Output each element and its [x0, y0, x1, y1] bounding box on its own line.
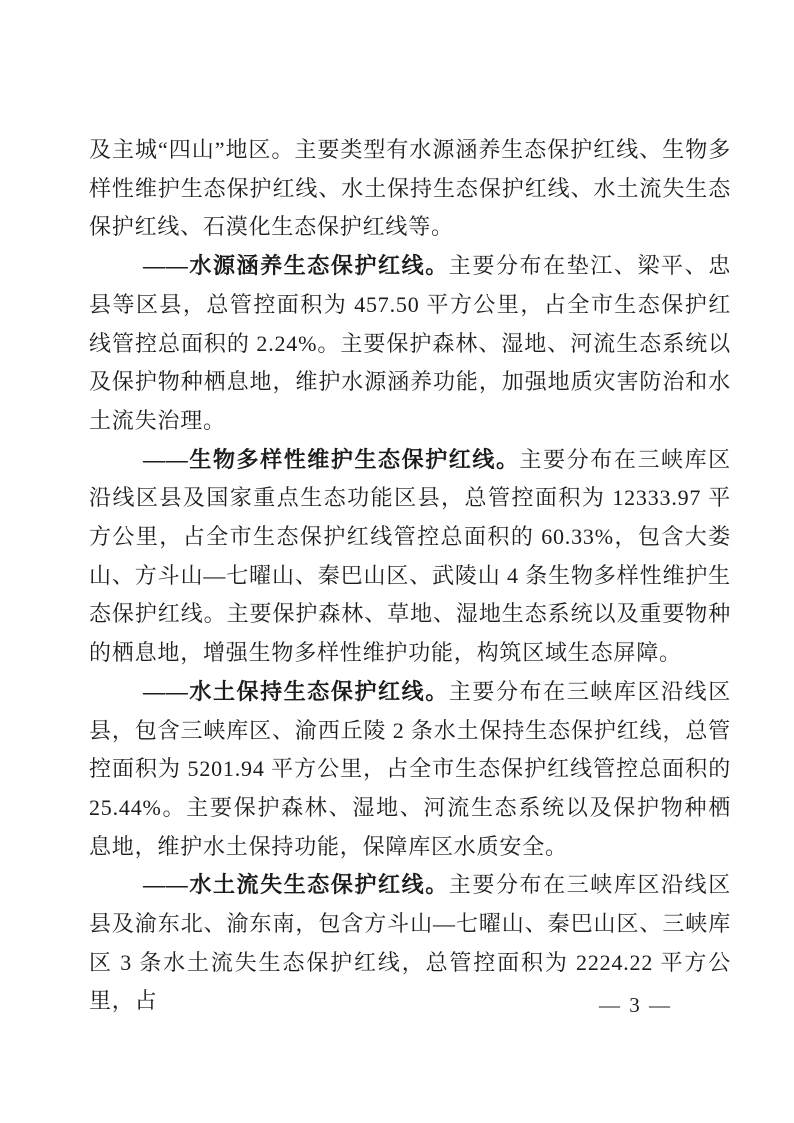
paragraph-body: 主要分布在垫江、梁平、忠县等区县，总管控面积为 457.50 平方公里，占全市生… — [89, 253, 731, 433]
document-text-block: 及主城“四山”地区。主要类型有水源涵养生态保护红线、生物多样性维护生态保护红线、… — [89, 131, 731, 1021]
paragraph-body: 主要分布在三峡库区沿线区县及国家重点生态功能区县，总管控面积为 12333.97… — [89, 447, 731, 666]
paragraph: ——生物多样性维护生态保护红线。主要分布在三峡库区沿线区县及国家重点生态功能区县… — [89, 441, 731, 673]
paragraph-lead: ——水土流失生态保护红线。 — [143, 872, 449, 897]
page-number: — 3 — — [599, 993, 672, 1018]
paragraph: ——水源涵养生态保护红线。主要分布在垫江、梁平、忠县等区县，总管控面积为 457… — [89, 247, 731, 441]
paragraph-body: 主要分布在三峡库区沿线区县，包含三峡库区、渝西丘陵 2 条水土保持生态保护红线，… — [89, 679, 731, 859]
paragraph-lead: ——水源涵养生态保护红线。 — [143, 253, 449, 278]
paragraph: ——水土保持生态保护红线。主要分布在三峡库区沿线区县，包含三峡库区、渝西丘陵 2… — [89, 673, 731, 867]
paragraph-lead: ——水土保持生态保护红线。 — [143, 679, 449, 704]
paragraph-lead: ——生物多样性维护生态保护红线。 — [143, 447, 520, 472]
paragraph-body: 及主城“四山”地区。主要类型有水源涵养生态保护红线、生物多样性维护生态保护红线、… — [89, 137, 731, 239]
paragraph: 及主城“四山”地区。主要类型有水源涵养生态保护红线、生物多样性维护生态保护红线、… — [89, 131, 731, 247]
